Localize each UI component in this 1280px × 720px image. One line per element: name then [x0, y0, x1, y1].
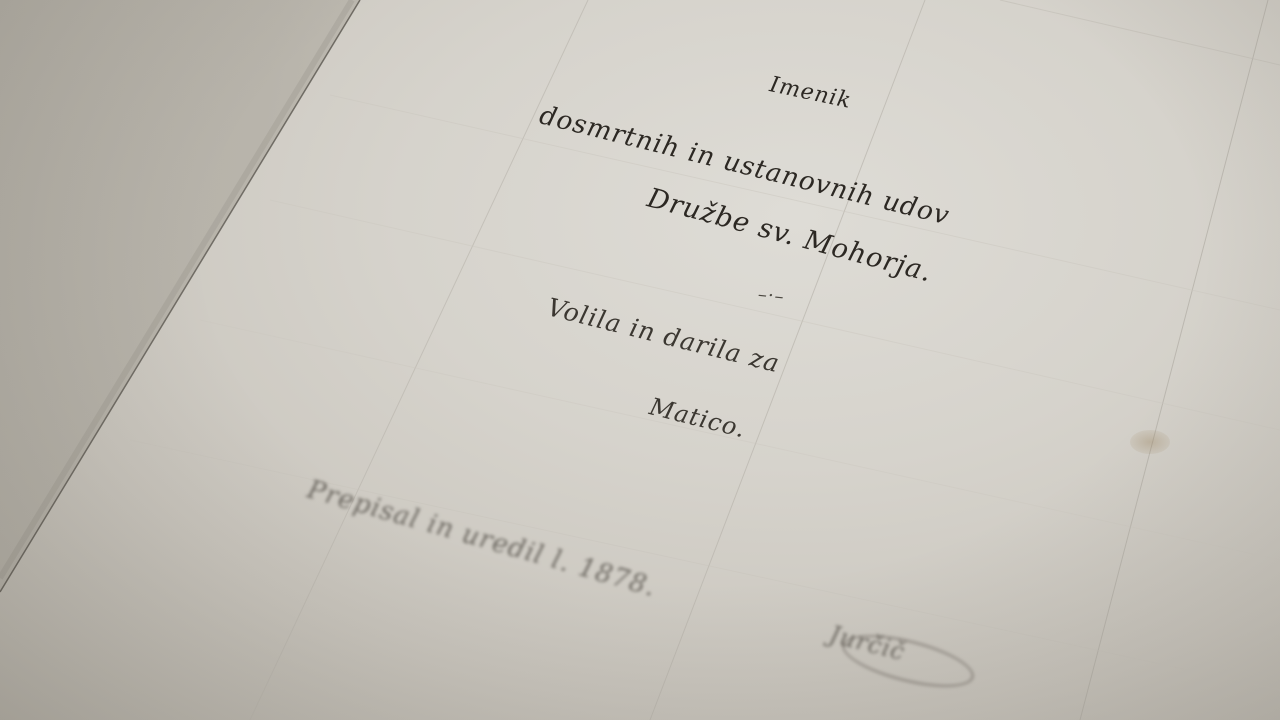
paper-stain	[1130, 430, 1170, 454]
title-divider: –·–	[757, 284, 786, 308]
photo-scene: Imenik dosmrtnih in ustanovnih udov Druž…	[0, 0, 1280, 720]
